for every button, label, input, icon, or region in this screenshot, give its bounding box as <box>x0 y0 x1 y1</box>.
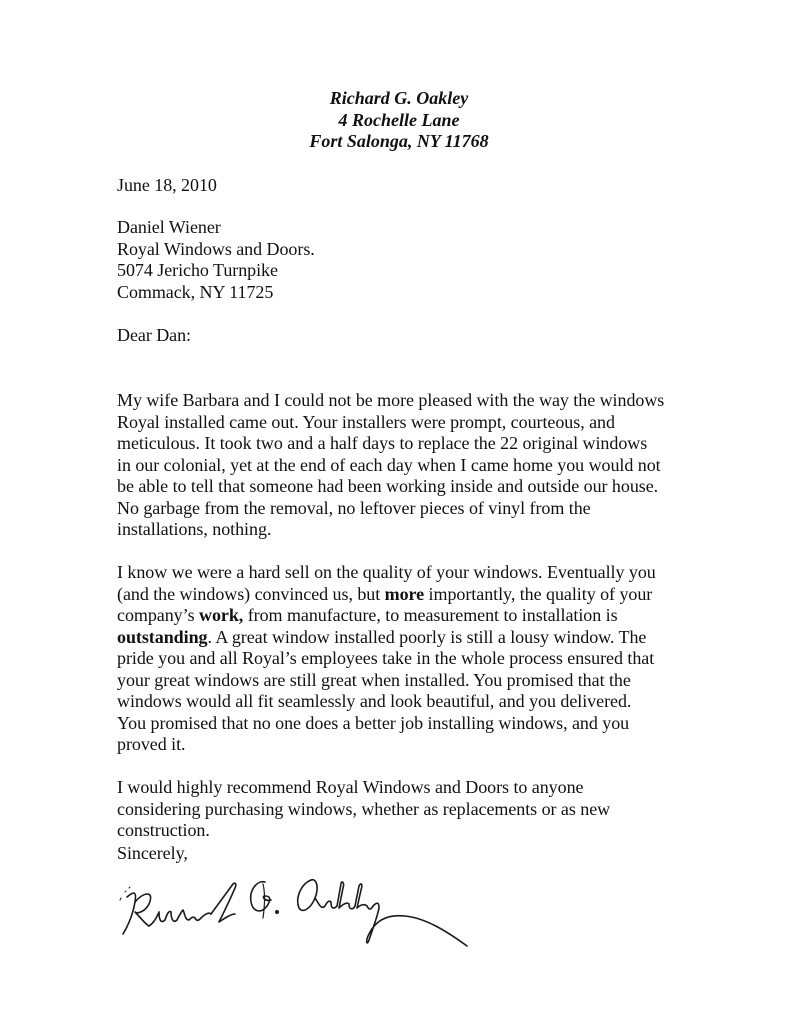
paragraph-line: outstanding. A great window installed po… <box>117 627 717 649</box>
paragraph-line: My wife Barbara and I could not be more … <box>117 390 717 412</box>
letterhead: Richard G. Oakley 4 Rochelle Lane Fort S… <box>0 88 798 153</box>
paragraph-line: pride you and all Royal’s employees take… <box>117 648 717 670</box>
bold-emphasis: outstanding <box>117 627 208 647</box>
paragraph-line: I know we were a hard sell on the qualit… <box>117 562 717 584</box>
paragraph-line: installations, nothing. <box>117 519 717 541</box>
text-run: company’s <box>117 605 199 625</box>
letter-date: June 18, 2010 <box>117 175 717 197</box>
recipient-address: Daniel Wiener Royal Windows and Doors. 5… <box>117 217 717 303</box>
letter-page: Richard G. Oakley 4 Rochelle Lane Fort S… <box>0 0 798 1024</box>
paragraph-line: construction. <box>117 820 717 842</box>
bold-emphasis: work, <box>199 605 243 625</box>
paragraph-2: I know we were a hard sell on the qualit… <box>117 562 717 756</box>
paragraph-line: windows would all fit seamlessly and loo… <box>117 691 717 713</box>
paragraph-line: Royal installed came out. Your installer… <box>117 412 717 434</box>
paragraph-1: My wife Barbara and I could not be more … <box>117 390 717 541</box>
paragraph-line: proved it. <box>117 734 717 756</box>
paragraph-line: be able to tell that someone had been wo… <box>117 476 717 498</box>
paragraph-line: I would highly recommend Royal Windows a… <box>117 777 717 799</box>
text-run: . A great window installed poorly is sti… <box>208 627 647 647</box>
paragraph-line: No garbage from the removal, no leftover… <box>117 498 717 520</box>
sender-street: 4 Rochelle Lane <box>0 110 798 132</box>
salutation: Dear Dan: <box>117 325 717 347</box>
paragraph-line: considering purchasing windows, whether … <box>117 799 717 821</box>
recipient-name: Daniel Wiener <box>117 217 717 239</box>
paragraph-line: your great windows are still great when … <box>117 670 717 692</box>
sender-city: Fort Salonga, NY 11768 <box>0 131 798 153</box>
recipient-company: Royal Windows and Doors. <box>117 239 717 261</box>
paragraph-line: in our colonial, yet at the end of each … <box>117 455 717 477</box>
text-run: (and the windows) convinced us, but <box>117 584 385 604</box>
bold-emphasis: more <box>385 584 424 604</box>
sender-name: Richard G. Oakley <box>0 88 798 110</box>
text-run: from manufacture, to measurement to inst… <box>243 605 617 625</box>
paragraph-line: (and the windows) convinced us, but more… <box>117 584 717 606</box>
text-run: importantly, the quality of your <box>424 584 652 604</box>
signature-icon <box>115 862 475 952</box>
recipient-street: 5074 Jericho Turnpike <box>117 260 717 282</box>
paragraph-line: meticulous. It took two and a half days … <box>117 433 717 455</box>
recipient-city: Commack, NY 11725 <box>117 282 717 304</box>
paragraph-line: You promised that no one does a better j… <box>117 713 717 735</box>
paragraph-line: company’s work, from manufacture, to mea… <box>117 605 717 627</box>
paragraph-3: I would highly recommend Royal Windows a… <box>117 777 717 842</box>
